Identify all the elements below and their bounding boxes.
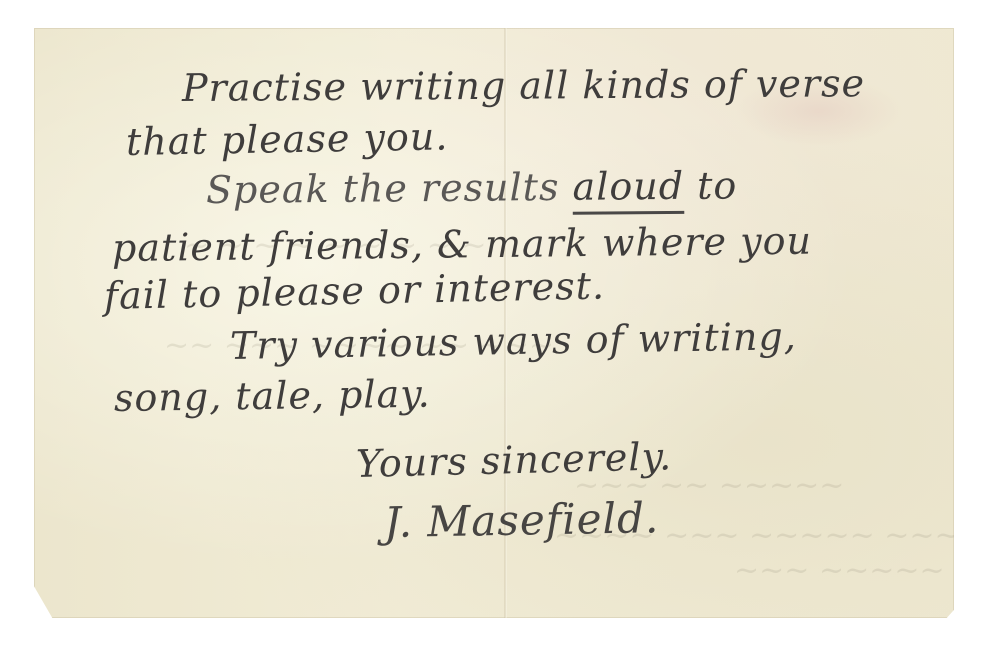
letter-paper: ~ ~ ~ ~ ~ ~ ~ ~ ~ ~~ ~~~ ~~~~ ~~ ~~~ ~~~… [34, 28, 954, 618]
letter-line-4: patient friends, & mark where you [112, 219, 812, 270]
letter-line-2: that please you. [126, 114, 449, 164]
emphasized-word-aloud: aloud [572, 164, 684, 209]
letter-closing: Yours sincerely. [355, 434, 672, 486]
letter-line-7: song, tale, play. [114, 372, 431, 420]
letter-line-1: Practise writing all kinds of verse [182, 61, 865, 110]
letter-signature: J. Masefield. [384, 493, 660, 547]
line-3-start: Speak the results [206, 165, 573, 212]
letter-line-3: Speak the results aloud to [206, 163, 738, 212]
line-3-end: to [684, 163, 738, 207]
letter-line-6: Try various ways of writing, [230, 314, 798, 368]
letter-scan: ~ ~ ~ ~ ~ ~ ~ ~ ~ ~~ ~~~ ~~~~ ~~ ~~~ ~~~… [0, 0, 1000, 661]
bleed-through-text: ~~~ ~~~~~ [734, 553, 945, 588]
letter-line-5: fail to please or interest. [104, 264, 606, 318]
